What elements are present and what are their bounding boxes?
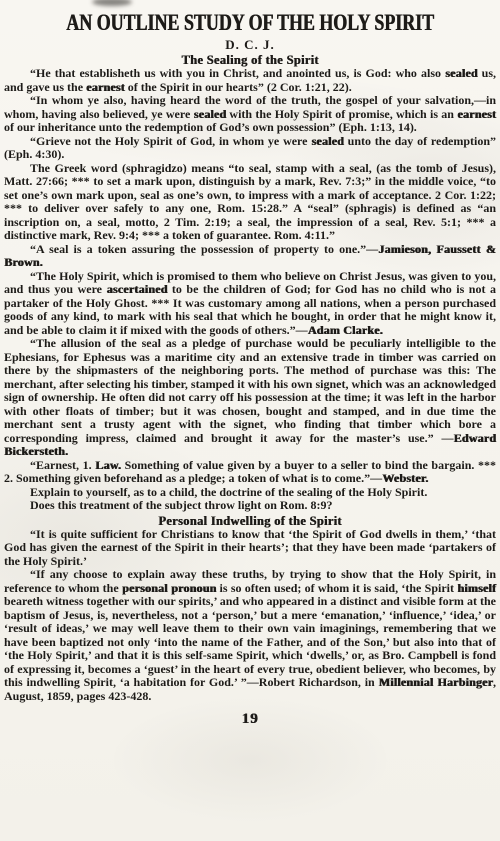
emphasized-text: himself <box>457 581 496 595</box>
text-run: “Grieve not the Holy Spirit of God, in w… <box>30 134 311 148</box>
emphasized-text: earnest <box>86 80 125 94</box>
paragraph: Does this treatment of the subject throw… <box>4 499 496 513</box>
paragraph: “The Holy Spirit, which is promised to t… <box>4 270 496 338</box>
text-run: Does this treatment of the subject throw… <box>30 498 333 512</box>
emphasized-text: Law. <box>95 458 121 472</box>
paragraph: Explain to yourself, as to a child, the … <box>4 486 496 500</box>
page-number: 19 <box>4 711 496 728</box>
text-run: “The allusion of the seal as a pledge of… <box>4 336 496 445</box>
text-run: “A seal is a token assuring the possessi… <box>30 242 378 256</box>
emphasized-text: sealed <box>311 134 344 148</box>
scanned-document-page: AN OUTLINE STUDY OF THE HOLY SPIRIT D. C… <box>0 0 500 841</box>
paragraph: “A seal is a token assuring the possessi… <box>4 243 496 270</box>
sections-container: The Sealing of the Spirit“He that establ… <box>4 53 496 703</box>
author-initials: D. C. J. <box>4 37 496 52</box>
emphasized-text: personal pronoun <box>122 581 216 595</box>
paragraph: The Greek word (sphragidzo) means “to se… <box>4 162 496 243</box>
paragraph: “Earnest, 1. Law. Something of value giv… <box>4 459 496 486</box>
text-run: The Greek word (sphragidzo) means “to se… <box>4 161 496 243</box>
text-run: “It is quite sufficient for Christians t… <box>4 527 496 568</box>
emphasized-text: earnest <box>457 107 496 121</box>
text-run: with the Holy Spirit of promise, which i… <box>226 107 457 121</box>
emphasized-text: ascertained <box>107 282 168 296</box>
emphasized-text: Adam Clarke. <box>308 323 383 337</box>
paragraph: “It is quite sufficient for Christians t… <box>4 528 496 569</box>
text-run: of the Spirit in our hearts” (2 Cor. 1:2… <box>125 80 352 94</box>
page-title: AN OUTLINE STUDY OF THE HOLY SPIRIT <box>58 10 442 36</box>
emphasized-text: sealed <box>194 107 227 121</box>
text-run: “Earnest, 1. <box>30 458 95 472</box>
paragraph: “In whom ye also, having heard the word … <box>4 94 496 135</box>
emphasized-text: Millennial Harbinger <box>379 675 493 689</box>
section-heading: Personal Indwelling of the Spirit <box>4 514 496 528</box>
paragraph: “If any choose to explain away these tru… <box>4 568 496 703</box>
paragraph: “The allusion of the seal as a pledge of… <box>4 337 496 459</box>
section-heading: The Sealing of the Spirit <box>4 53 496 67</box>
text-run: “He that establisheth us with you in Chr… <box>30 66 445 80</box>
ink-smudge <box>92 0 132 6</box>
emphasized-text: Webster. <box>382 471 428 485</box>
text-run: is so often used; of whom it is said, ‘t… <box>216 581 457 595</box>
paragraph: “Grieve not the Holy Spirit of God, in w… <box>4 135 496 162</box>
text-run: Explain to yourself, as to a child, the … <box>30 485 427 499</box>
text-run: of our inheritance unto the redemption o… <box>4 120 417 134</box>
emphasized-text: sealed <box>445 66 478 80</box>
paragraph: “He that establisheth us with you in Chr… <box>4 67 496 94</box>
